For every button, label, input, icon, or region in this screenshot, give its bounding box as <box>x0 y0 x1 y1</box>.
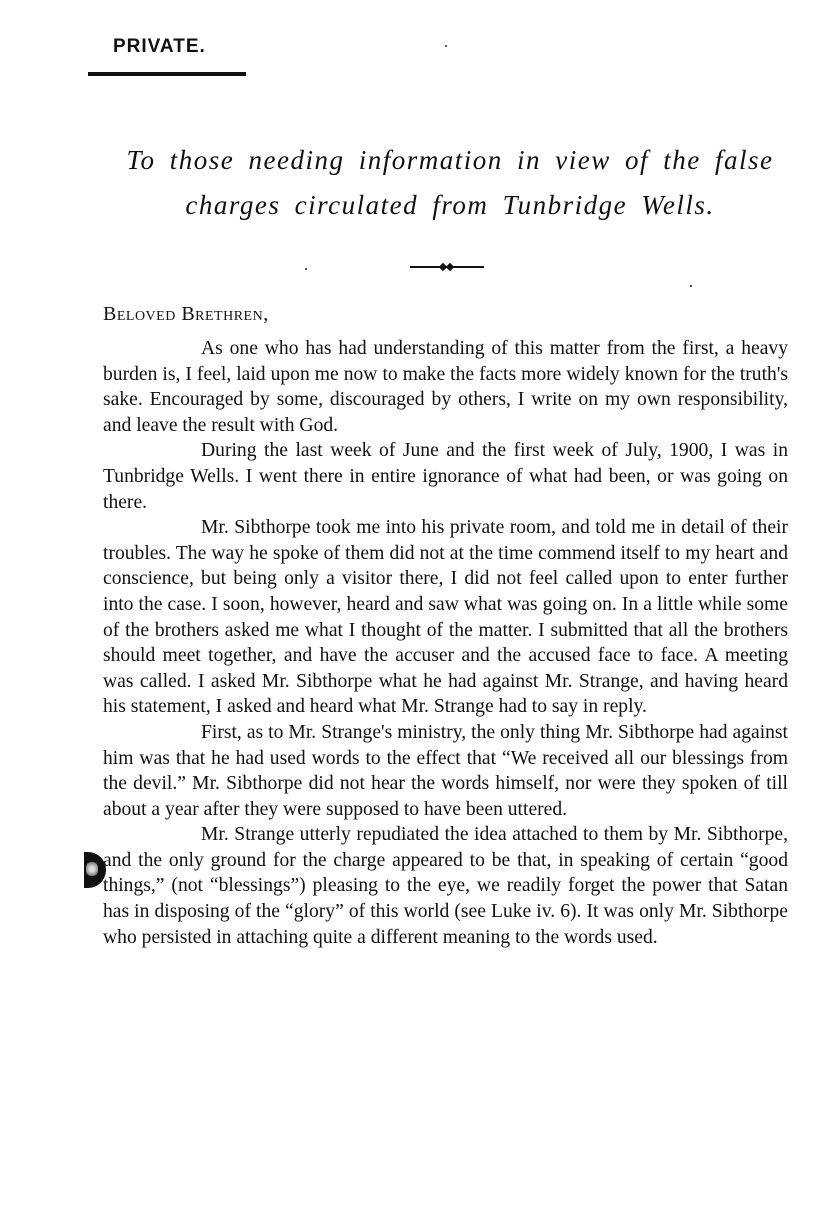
heading-line-2: charges circulated from Tunbridge Wells. <box>100 183 800 228</box>
print-speck <box>445 45 447 47</box>
paragraph: During the last week of June and the fir… <box>103 438 788 515</box>
paragraph: As one who has had understanding of this… <box>103 336 788 438</box>
paragraph: First, as to Mr. Strange's ministry, the… <box>103 720 788 822</box>
document-heading: To those needing information in view of … <box>100 138 800 228</box>
heading-line-1: To those needing information in view of … <box>100 138 800 183</box>
print-speck <box>690 285 692 287</box>
paragraph: Mr. Sibthorpe took me into his private r… <box>103 515 788 720</box>
private-label: PRIVATE. <box>113 36 206 58</box>
print-speck <box>305 268 307 270</box>
letter-body: As one who has had understanding of this… <box>103 336 788 950</box>
decorative-rule-ornament-icon <box>410 264 484 270</box>
private-underline <box>88 72 246 76</box>
paragraph: Mr. Strange utterly repudiated the idea … <box>103 822 788 950</box>
salutation: Beloved Brethren, <box>103 303 269 326</box>
